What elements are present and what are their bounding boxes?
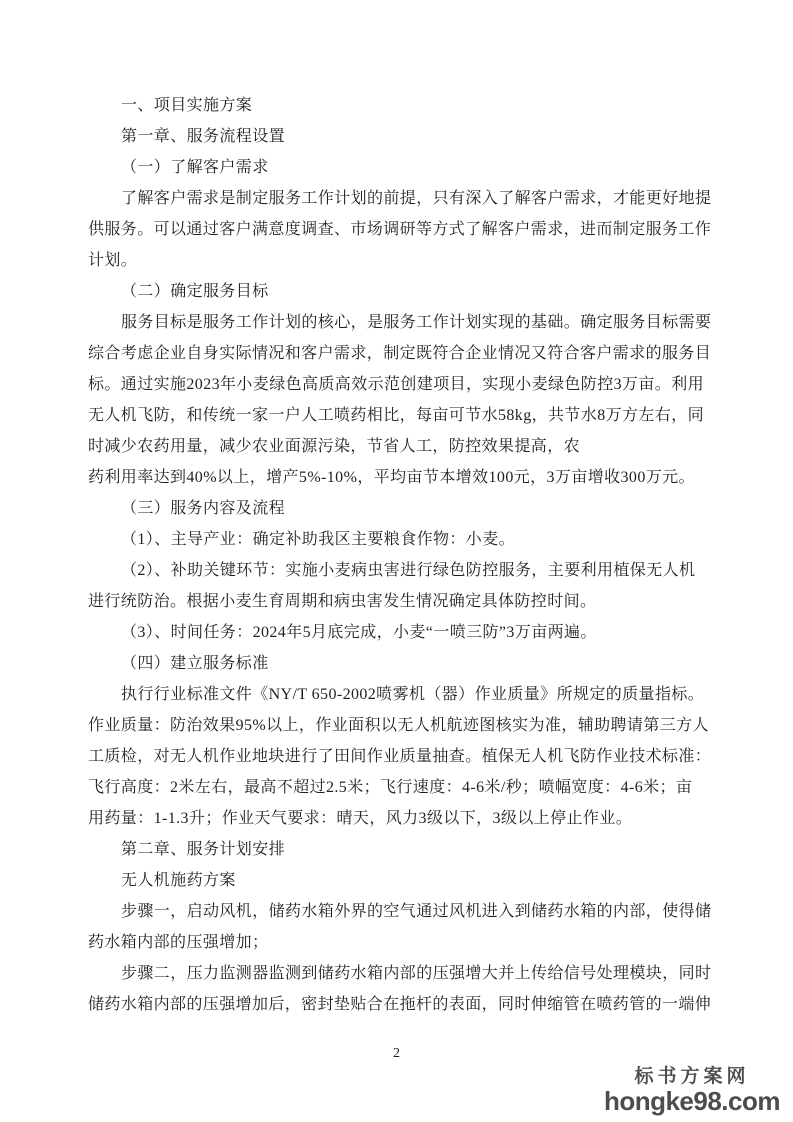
text-line: 飞行高度：2米左右，最高不超过2.5米；飞行速度：4-6米/秒；喷幅宽度：4-6… — [88, 772, 713, 803]
text-line: 用药量：1-1.3升；作业天气要求：晴天，风力3级以下，3级以上停止作业。 — [88, 803, 713, 834]
text-line: 步骤一，启动风机，储药水箱外界的空气通过风机进入到储药水箱的内部，使得储 — [88, 896, 713, 927]
text-line: 供服务。可以通过客户满意度调查、市场调研等方式了解客户需求，进而制定服务工作 — [88, 214, 713, 245]
watermark-site-name: 标书方案网 — [634, 1067, 749, 1086]
text-line: （2）、补助关键环节：实施小麦病虫害进行绿色防控服务，主要利用植保无人机 — [88, 555, 713, 586]
text-line: 一、项目实施方案 — [88, 90, 713, 121]
page-number: 2 — [0, 1046, 793, 1062]
text-line: 执行行业标准文件《NY/T 650-2002喷雾机（器）作业质量》所规定的质量指… — [88, 679, 713, 710]
text-line: 综合考虑企业自身实际情况和客户需求，制定既符合企业情况又符合客户需求的服务目 — [88, 338, 713, 369]
text-line: 药水箱内部的压强增加； — [88, 927, 713, 958]
text-line: 工质检，对无人机作业地块进行了田间作业质量抽查。植保无人机飞防作业技术标准： — [88, 741, 713, 772]
text-line: 无人机施药方案 — [88, 865, 713, 896]
text-line: 药利用率达到40%以上，增产5%-10%，平均亩节本增效100元，3万亩增收30… — [88, 462, 713, 493]
text-line: 标。通过实施2023年小麦绿色高质高效示范创建项目，实现小麦绿色防控3万亩。利用 — [88, 369, 713, 400]
text-line: （二）确定服务目标 — [88, 276, 713, 307]
watermark-site-domain: hongke98.com — [604, 1088, 780, 1114]
text-line: 第一章、服务流程设置 — [88, 121, 713, 152]
document-body: 一、项目实施方案第一章、服务流程设置（一）了解客户需求了解客户需求是制定服务工作… — [88, 90, 713, 1020]
document-page: 一、项目实施方案第一章、服务流程设置（一）了解客户需求了解客户需求是制定服务工作… — [0, 0, 793, 1122]
text-line: 步骤二，压力监测器监测到储药水箱内部的压强增大并上传给信号处理模块，同时 — [88, 958, 713, 989]
text-line: （一）了解客户需求 — [88, 152, 713, 183]
text-line: （三）服务内容及流程 — [88, 493, 713, 524]
text-line: 服务目标是服务工作计划的核心，是服务工作计划实现的基础。确定服务目标需要 — [88, 307, 713, 338]
text-line: 第二章、服务计划安排 — [88, 834, 713, 865]
text-line: （四）建立服务标准 — [88, 648, 713, 679]
text-line: （3）、时间任务：2024年5月底完成，小麦“一喷三防”3万亩两遍。 — [88, 617, 713, 648]
text-line: 作业质量：防治效果95%以上，作业面积以无人机航迹图核实为准，辅助聘请第三方人 — [88, 710, 713, 741]
text-line: 进行统防治。根据小麦生育周期和病虫害发生情况确定具体防控时间。 — [88, 586, 713, 617]
text-line: 计划。 — [88, 245, 713, 276]
text-line: 无人机飞防，和传统一家一户人工喷药相比，每亩可节水58kg，共节水8万方左右，同 — [88, 400, 713, 431]
text-line: 时减少农药用量，减少农业面源污染，节省人工，防控效果提高，农 — [88, 431, 713, 462]
watermark: 标书方案网 hongke98.com — [604, 1067, 780, 1114]
text-line: 储药水箱内部的压强增加后，密封垫贴合在拖杆的表面，同时伸缩管在喷药管的一端伸 — [88, 989, 713, 1020]
text-line: 了解客户需求是制定服务工作计划的前提，只有深入了解客户需求，才能更好地提 — [88, 183, 713, 214]
text-line: （1）、主导产业：确定补助我区主要粮食作物：小麦。 — [88, 524, 713, 555]
